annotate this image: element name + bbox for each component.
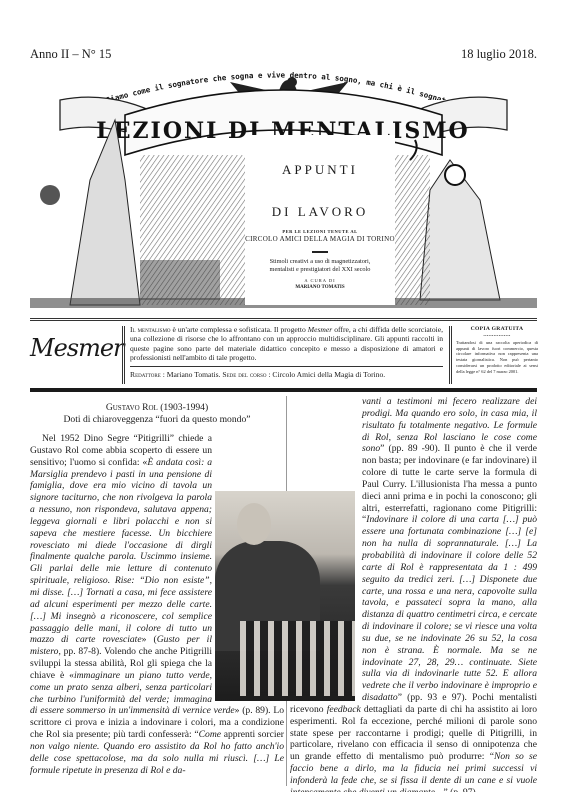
rol-photo — [215, 491, 355, 701]
divider-bar — [449, 326, 452, 384]
article-heading: Gustavo Rol (1903-1994) Doti di chiarove… — [30, 402, 284, 425]
intro-paragraph: Il mentalismo è un'arte complessa e sofi… — [130, 325, 443, 362]
article-title: Gustavo Rol (1903-1994) — [30, 402, 284, 414]
free-copy-box: COPIA GRATUITA •••••••••••••••• Trattand… — [456, 326, 538, 374]
free-copy-title: COPIA GRATUITA — [456, 326, 538, 332]
intro-rule — [130, 366, 443, 367]
cartouche-divider — [312, 251, 328, 253]
intro-lead: Il mentalismo — [130, 325, 171, 334]
mesmer-logo: Mesmer — [30, 330, 115, 370]
mesmer-link: Mesmer — [308, 325, 332, 334]
cartouche-a-cura: A CURA DI — [245, 278, 395, 283]
cartouche-title-2: DI LAVORO — [245, 204, 395, 219]
cartouche-stimoli-1: Stimoli creativi a uso di magnetizzatori… — [245, 258, 395, 266]
article-subtitle: Doti di chiaroveggenza “fuori da questo … — [30, 414, 284, 426]
free-copy-dots: •••••••••••••••• — [456, 333, 538, 338]
playing-cards-icon — [240, 621, 355, 696]
masthead-illustration: Siamo come il sognatore che sogna e vive… — [30, 60, 537, 310]
cartouche-subtitle: PER LE LEZIONI TENUTE AL — [245, 229, 395, 234]
credits-line: Redattore : Mariano Tomatis. Sede del co… — [130, 370, 443, 379]
free-copy-notice: Trattandosi di una raccolta aperiodica d… — [456, 340, 538, 374]
divider-bar — [122, 326, 125, 384]
title-cartouche: APPUNTI DI LAVORO PER LE LEZIONI TENUTE … — [245, 135, 395, 305]
cartouche-stimoli-2: mentalisti e prestigiatori del XXI secol… — [245, 266, 395, 274]
cartouche-title-1: APPUNTI — [245, 162, 395, 177]
top-rule — [30, 318, 537, 321]
main-rule — [30, 388, 537, 392]
cartouche-circolo: CIRCOLO AMICI DELLA MAGIA DI TORINO — [245, 235, 395, 243]
cartouche-editor: MARIANO TOMATIS — [245, 285, 395, 290]
